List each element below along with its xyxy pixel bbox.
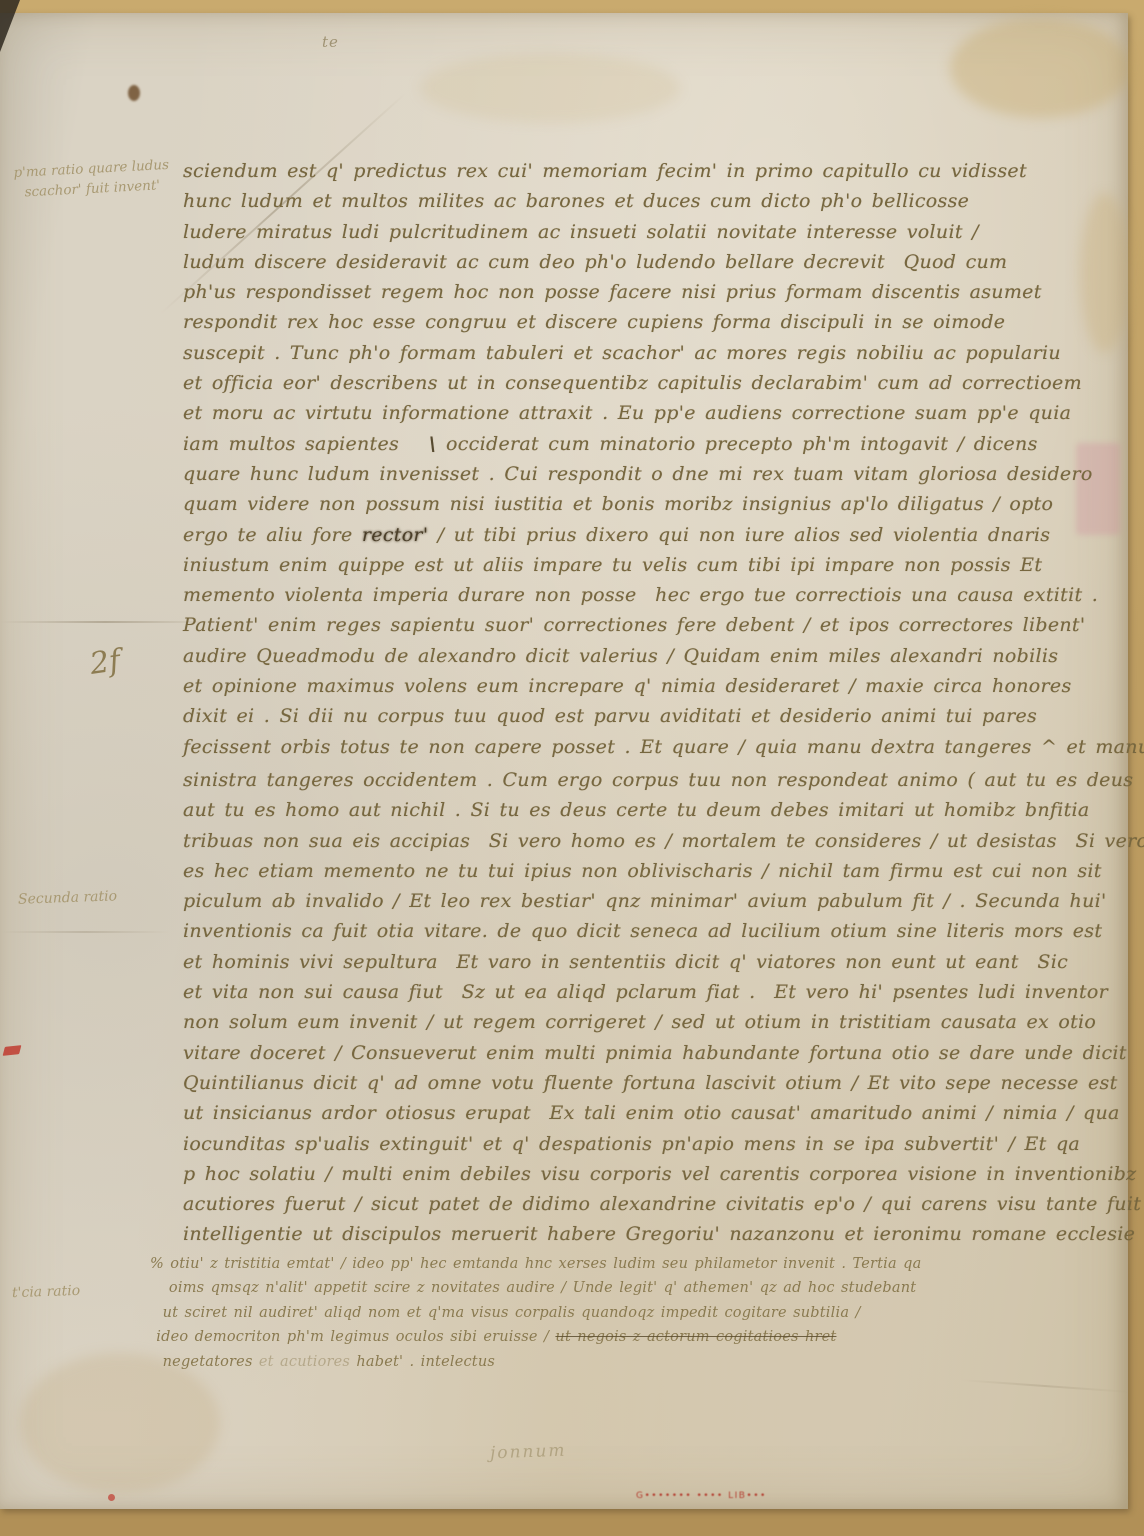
manuscript-text-segment: et acutiores <box>259 1354 350 1370</box>
manuscript-text-segment: memento violenta imperia durare non poss… <box>183 584 1098 606</box>
manuscript-line: non solum eum invenit / ut regem corrige… <box>183 1007 1113 1037</box>
manuscript-text-segment: ut sciret nil audiret' aliqd nom et q'ma… <box>150 1305 861 1321</box>
manuscript-text-segment: piculum ab invalido / Et leo rex bestiar… <box>183 890 1107 912</box>
manuscript-text-segment: vitare doceret / Consueverut enim multi … <box>183 1042 1127 1064</box>
age-stain <box>950 18 1130 118</box>
manuscript-line: fecissent orbis totus te non capere poss… <box>183 732 1113 765</box>
manuscript-text-segment: iam multos sapientes <box>183 433 399 455</box>
bottom-crease <box>960 1379 1130 1393</box>
manuscript-text-segment: ideo democriton ph'm legimus oculos sibi… <box>150 1329 555 1345</box>
manuscript-line: sinistra tangeres occidentem . Cum ergo … <box>183 765 1113 795</box>
margin-crease <box>0 621 210 623</box>
manuscript-text-segment: / ut tibi prius dixero qui non iure alio… <box>428 524 1050 546</box>
manuscript-text-segment: tribuas non sua eis accipias Si vero hom… <box>183 830 1144 852</box>
manuscript-line: et hominis vivi sepultura Et varo in sen… <box>183 947 1113 977</box>
manuscript-text-segment: quam videre non possum nisi iustitia et … <box>183 493 1053 515</box>
manuscript-text-segment: ergo te aliu fore <box>183 524 362 546</box>
manuscript-text-segment: fecissent orbis totus te non capere poss… <box>183 736 1144 758</box>
manuscript-line: memento violenta imperia durare non poss… <box>183 580 1113 610</box>
manuscript-text-segment: ludum discere desideravit ac cum deo ph'… <box>183 251 1007 273</box>
manuscript-text-segment: intelligentie ut discipulos meruerit hab… <box>183 1223 1135 1245</box>
manuscript-line: et moru ac virtutu informatione attraxit… <box>183 398 1113 428</box>
manuscript-line: quam videre non possum nisi iustitia et … <box>183 489 1113 519</box>
bottom-catchword: jonnum <box>490 1441 567 1464</box>
manuscript-text-segment: inventionis ca fuit otia vitare. de quo … <box>183 920 1102 942</box>
manuscript-line: oims qmsqz n'alit' appetit scire z novit… <box>150 1276 1100 1300</box>
library-stamp: G••••••• •••• LIB••• <box>636 1491 767 1501</box>
manuscript-line: p hoc solatiu / multi enim debiles visu … <box>183 1159 1113 1189</box>
top-shelfmark: te <box>322 33 339 51</box>
manuscript-text-segment: Patient' enim reges sapientu suor' corre… <box>183 614 1085 636</box>
manuscript-line: ut insicianus ardor otiosus erupat Ex ta… <box>183 1098 1113 1128</box>
manuscript-text-segment: occiderat cum minatorio precepto ph'm in… <box>446 433 1038 455</box>
manuscript-text-segment: ludere miratus ludi pulcritudinem ac ins… <box>183 221 979 243</box>
red-speck <box>108 1494 115 1501</box>
manuscript-line: es hec etiam memento ne tu tui ipius non… <box>183 856 1113 886</box>
manuscript-line: Patient' enim reges sapientu suor' corre… <box>183 610 1113 640</box>
manuscript-line: respondit rex hoc esse congruu et discer… <box>183 307 1113 337</box>
manuscript-line: intelligentie ut discipulos meruerit hab… <box>183 1219 1113 1249</box>
manuscript-line: ph'us respondisset regem hoc non posse f… <box>183 277 1113 307</box>
manuscript-text-segment: % otiu' z tristitia emtat' / ideo pp' he… <box>150 1256 921 1272</box>
manuscript-text-segment: ut negois z actorum cogitatioes hret <box>555 1329 836 1345</box>
manuscript-line: quare hunc ludum invenisset . Cui respon… <box>183 459 1113 489</box>
manuscript-text-segment: aut tu es homo aut nichil . Si tu es deu… <box>183 799 1090 821</box>
manuscript-line: acutiores fuerut / sicut patet de didimo… <box>183 1189 1113 1219</box>
manuscript-line: ludere miratus ludi pulcritudinem ac ins… <box>183 217 1113 247</box>
manuscript-text-segment: iniustum enim quippe est ut aliis impare… <box>183 554 1042 576</box>
manuscript-text-segment: \ <box>399 433 446 455</box>
manuscript-line: et officia eor' describens ut in consequ… <box>183 368 1113 398</box>
margin-note-secunda-ratio: Secunda ratio <box>18 886 118 910</box>
manuscript-text-segment: et moru ac virtutu informatione attraxit… <box>183 402 1071 424</box>
manuscript-line: negetatores et acutiores habet' . intele… <box>150 1350 1100 1374</box>
manuscript-line: sciendum est q' predictus rex cui' memor… <box>183 156 1113 186</box>
manuscript-text-segment: habet' . intelectus <box>350 1354 495 1370</box>
margin-note-tertia-ratio: t'cia ratio <box>12 1281 81 1304</box>
manuscript-text-segment: negetatores <box>150 1354 259 1370</box>
manuscript-line: et vita non sui causa fiut Sz ut ea aliq… <box>183 977 1113 1007</box>
manuscript-text-segment: et vita non sui causa fiut Sz ut ea aliq… <box>183 981 1108 1003</box>
manuscript-line: % otiu' z tristitia emtat' / ideo pp' he… <box>150 1252 1100 1276</box>
manuscript-text-segment: et opinione maximus volens eum increpare… <box>183 675 1072 697</box>
manuscript-line: ludum discere desideravit ac cum deo ph'… <box>183 247 1113 277</box>
manuscript-line: ut sciret nil audiret' aliqd nom et q'ma… <box>150 1301 1100 1325</box>
manuscript-text-segment: respondit rex hoc esse congruu et discer… <box>183 311 1005 333</box>
manuscript-line: et opinione maximus volens eum increpare… <box>183 671 1113 701</box>
manuscript-text-segment: quare hunc ludum invenisset . Cui respon… <box>183 463 1093 485</box>
manuscript-text-segment: es hec etiam memento ne tu tui ipius non… <box>183 860 1102 882</box>
manuscript-line: suscepit . Tunc ph'o formam tabuleri et … <box>183 338 1113 368</box>
manuscript-text-segment: et officia eor' describens ut in consequ… <box>183 372 1082 394</box>
page-corner-shadow <box>0 0 20 52</box>
manuscript-text-segment: p hoc solatiu / multi enim debiles visu … <box>183 1163 1137 1185</box>
manuscript-line: dixit ei . Si dii nu corpus tuu quod est… <box>183 701 1113 731</box>
manuscript-text-segment: oims qmsqz n'alit' appetit scire z novit… <box>150 1280 916 1296</box>
manuscript-text-segment: acutiores fuerut / sicut patet de didimo… <box>183 1193 1141 1215</box>
manuscript-line: hunc ludum et multos milites ac barones … <box>183 186 1113 216</box>
manuscript-line: vitare doceret / Consueverut enim multi … <box>183 1038 1113 1068</box>
manuscript-line: iniustum enim quippe est ut aliis impare… <box>183 550 1113 580</box>
ink-spot <box>128 85 140 101</box>
manuscript-text-segment: sciendum est q' predictus rex cui' memor… <box>183 160 1027 182</box>
manuscript-line: iam multos sapientes \ occiderat cum min… <box>183 429 1113 459</box>
manuscript-line: inventionis ca fuit otia vitare. de quo … <box>183 916 1113 946</box>
manuscript-text-segment: et hominis vivi sepultura Et varo in sen… <box>183 951 1068 973</box>
manuscript-line: iocunditas sp'ualis extinguit' et q' des… <box>183 1129 1113 1159</box>
manuscript-text-segment: rector' <box>362 524 428 546</box>
scanned-manuscript-page: { "colors":{ "ink":"#77673f", "ink-dark"… <box>0 0 1144 1536</box>
manuscript-line: aut tu es homo aut nichil . Si tu es deu… <box>183 795 1113 825</box>
manuscript-line: ergo te aliu fore rector' / ut tibi priu… <box>183 520 1113 550</box>
main-text-block: sciendum est q' predictus rex cui' memor… <box>183 156 1113 1250</box>
manuscript-text-segment: Quintilianus dicit q' ad omne votu fluen… <box>183 1072 1118 1094</box>
manuscript-text-segment: audire Queadmodu de alexandro dicit vale… <box>183 645 1058 667</box>
manuscript-text-segment: sinistra tangeres occidentem . Cum ergo … <box>183 769 1133 791</box>
manuscript-text-segment: suscepit . Tunc ph'o formam tabuleri et … <box>183 342 1061 364</box>
age-stain <box>420 53 680 123</box>
manuscript-text-segment: dixit ei . Si dii nu corpus tuu quod est… <box>183 705 1037 727</box>
manuscript-line: ideo democriton ph'm legimus oculos sibi… <box>150 1325 1100 1349</box>
manuscript-text-segment: iocunditas sp'ualis extinguit' et q' des… <box>183 1133 1080 1155</box>
manuscript-text-segment: ut insicianus ardor otiosus erupat Ex ta… <box>183 1102 1120 1124</box>
margin-crease <box>0 931 170 933</box>
addition-text-block: % otiu' z tristitia emtat' / ideo pp' he… <box>150 1252 1100 1374</box>
manuscript-text-segment: hunc ludum et multos milites ac barones … <box>183 190 969 212</box>
manuscript-line: tribuas non sua eis accipias Si vero hom… <box>183 826 1113 856</box>
manuscript-text-segment: ph'us respondisset regem hoc non posse f… <box>183 281 1042 303</box>
manuscript-line: audire Queadmodu de alexandro dicit vale… <box>183 641 1113 671</box>
margin-paragraph-mark: 2f <box>87 638 123 687</box>
manuscript-line: Quintilianus dicit q' ad omne votu fluen… <box>183 1068 1113 1098</box>
manuscript-line: piculum ab invalido / Et leo rex bestiar… <box>183 886 1113 916</box>
manuscript-text-segment: non solum eum invenit / ut regem corrige… <box>183 1011 1096 1033</box>
